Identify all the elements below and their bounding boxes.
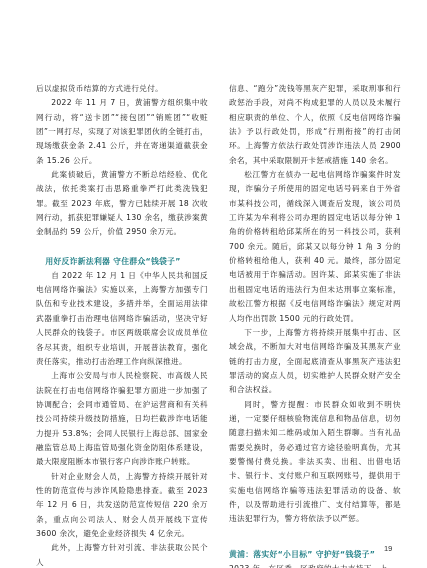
page-number: 19	[384, 544, 392, 553]
left-column: 后以虚拟货币结算的方式进行兑付。 2022 年 11 月 7 日，黄浦警方组织集…	[36, 82, 208, 568]
paragraph-police-reminder: 同时，警方提醒：市民群众如收到不明快递，一定要仔细核验物流信息和物品信息，切勿随…	[229, 398, 401, 527]
paragraph-results: 此案侦破后，黄浦警方不断总结经验、优化战法，依托类案打击思路重拳严打此类洗钱犯罪…	[36, 168, 208, 240]
paragraph-raid: 2022 年 11 月 7 日，黄浦警方组织集中收网行动，将“送卡团”“接包团”…	[36, 96, 208, 168]
paragraph-cooperation: 上海市公安局与市人民检察院、市高级人民法院在打击电信网络诈骗犯罪方面进一步加强了…	[36, 369, 208, 469]
paragraph-furthermore: 此外，上海警方针对引流、非法获取公民个人	[36, 541, 208, 568]
paragraph-next-step: 下一步，上海警方将持续开展集中打击、区域会战，不断加大对电信网络诈骗及其黑灰产业…	[229, 326, 401, 398]
paragraph-continued: 后以虚拟货币结算的方式进行兑付。	[36, 82, 208, 96]
section-heading-anti-fraud-law: 用好反诈新法利器 守住群众“钱袋子”	[36, 254, 208, 269]
right-column: 信息、“跑分”洗钱等黑灰产犯罪，采取刑事和行政惩治手段，对尚不构成犯罪的人员以及…	[229, 82, 401, 568]
section-heading-huangpu: 黄浦：落实好“小目标” 守护好“钱袋子”	[229, 547, 401, 562]
paragraph-huangpu-intro: 2023 年，在区委、区政府的大力支持下，上	[229, 562, 401, 568]
paragraph-continued: 信息、“跑分”洗钱等黑灰产犯罪，采取刑事和行政惩治手段，对尚不构成犯罪的人员以及…	[229, 82, 401, 168]
paragraph-songjiang-case: 松江警方在侦办一起电信网络诈骗案件时发现，诈骗分子所使用的固定电话号码来自于外省…	[229, 168, 401, 326]
paragraph-law-implementation: 自 2022 年 12 月 1 日《中华人民共和国反电信网络诈骗法》实施以来，上…	[36, 269, 208, 369]
paragraph-finance-staff: 针对企业财会人员，上海警方持续开展针对性的防范宣传与涉诈风险隐患排查。截至 20…	[36, 470, 208, 542]
